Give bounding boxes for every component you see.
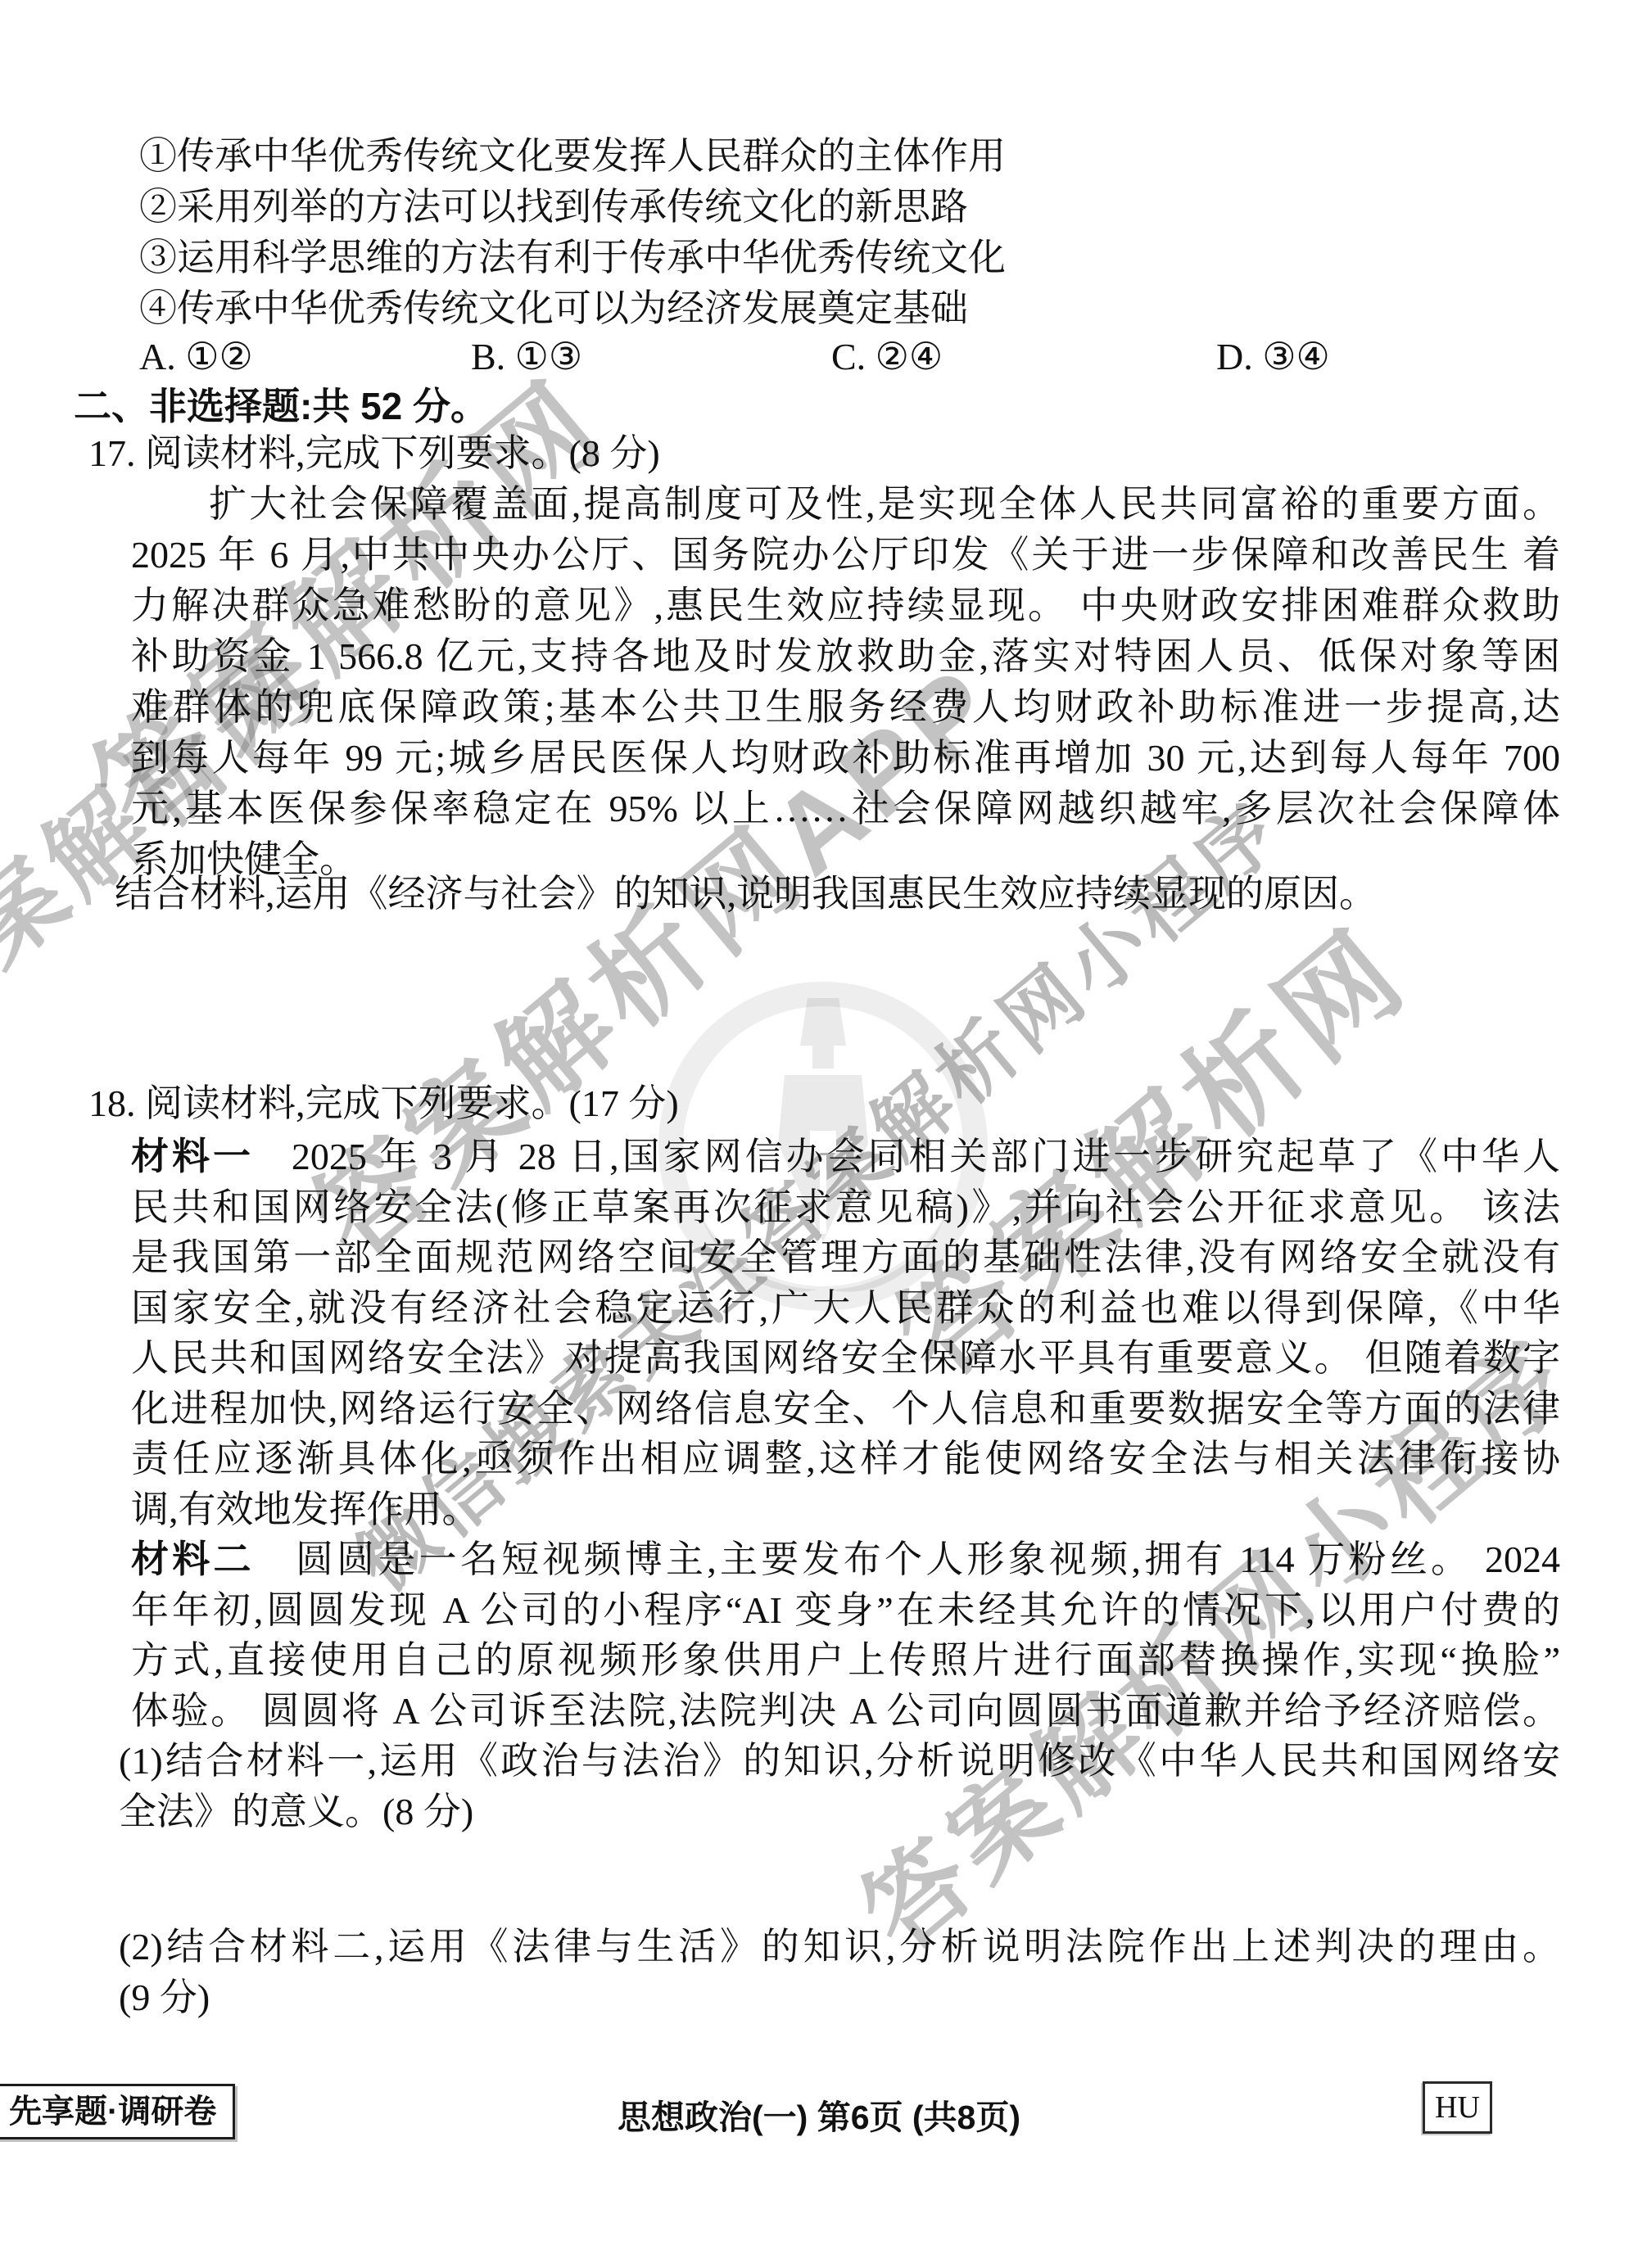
q17-para-line: 2025 年 6 月,中共中央办公厅、国务院办公厅印发《关于进一步保障和改善民生…: [131, 530, 1560, 581]
q17-para-line: 力解决群众急难愁盼的意见》,惠民生效应持续显现。 中央财政安排困难群众救助: [131, 581, 1560, 631]
q18-header: 18. 阅读材料,完成下列要求。(17 分): [88, 1078, 679, 1129]
q17-para-line: 元,基本医保参保率稳定在 95% 以上……社会保障网越织越牢,多层次社会保障体: [131, 784, 1560, 834]
choice-b: B. ①③: [471, 337, 582, 377]
q17-question: 结合材料,运用《经济与社会》的知识,说明我国惠民生效应持续显现的原因。: [115, 869, 1377, 919]
material-1-label: 材料一: [131, 1135, 254, 1177]
mcq-option-2: ②采用列举的方法可以找到传承传统文化的新思路: [139, 182, 1006, 233]
material-1-line: 人民共和国网络安全法》对提高我国网络安全保障水平具有重要意义。 但随着数字: [131, 1333, 1560, 1384]
material-1-first-line: 材料一2025 年 3 月 28 日,国家网信办会同相关部门进一步研究起草了《中…: [131, 1132, 1560, 1182]
q17-para-line: 到每人每年 99 元;城乡居民医保人均财政补助标准再增加 30 元,达到每人每年…: [131, 733, 1560, 784]
q18-body: 材料一2025 年 3 月 28 日,国家网信办会同相关部门进一步研究起草了《中…: [131, 1132, 1560, 1837]
section-2-title: 二、非选择题:共 52 分。: [74, 381, 488, 431]
q17-para-line: 补助资金 1 566.8 亿元,支持各地及时发放救助金,落实对特困人员、低保对象…: [131, 631, 1560, 682]
q17-para-line: 扩大社会保障覆盖面,提高制度可及性,是实现全体人民共同富裕的重要方面。: [131, 479, 1560, 530]
q18-sub2-line: (2)结合材料二,运用《法律与生活》的知识,分析说明法院作出上述判决的理由。: [119, 1922, 1560, 1972]
q17-material: 扩大社会保障覆盖面,提高制度可及性,是实现全体人民共同富裕的重要方面。 2025…: [131, 479, 1560, 885]
material-2-text: 圆圆是一名短视频博主,主要发布个人形象视频,拥有 114 万粉丝。 2024: [292, 1538, 1560, 1580]
material-1-line: 民共和国网络安全法(修正草案再次征求意见稿)》,并向社会公开征求意见。 该法: [131, 1182, 1560, 1233]
choice-d: D. ③④: [1216, 337, 1330, 377]
q17-para-line: 难群体的兜底保障政策;基本公共卫生服务经费人均财政补助标准进一步提高,达: [131, 682, 1560, 733]
material-1-text: 2025 年 3 月 28 日,国家网信办会同相关部门进一步研究起草了《中华人: [292, 1136, 1560, 1177]
material-2-label: 材料二: [131, 1538, 255, 1580]
mcq-options: ①传承中华优秀传统文化要发挥人民群众的主体作用 ②采用列举的方法可以找到传承传统…: [139, 131, 1006, 334]
mcq-option-4: ④传承中华优秀传统文化可以为经济发展奠定基础: [139, 283, 1006, 334]
q18-sub1-line: (1)结合材料一,运用《政治与法治》的知识,分析说明修改《中华人民共和国网络安: [119, 1736, 1560, 1787]
material-1-line: 国家安全,就没有经济社会稳定运行,广大人民群众的利益也难以得到保障,《中华: [131, 1283, 1560, 1334]
material-2-line: 体验。 圆圆将 A 公司诉至法院,法院判决 A 公司向圆圆书面道歉并给予经济赔偿…: [131, 1686, 1560, 1737]
material-1-line: 是我国第一部全面规范网络空间安全管理方面的基础性法律,没有网络安全就没有: [131, 1232, 1560, 1283]
q17-header: 17. 阅读材料,完成下列要求。(8 分): [88, 428, 660, 479]
footer-right-code: HU: [1423, 2081, 1492, 2134]
q18-sub2: (2)结合材料二,运用《法律与生活》的知识,分析说明法院作出上述判决的理由。 (…: [119, 1922, 1560, 2022]
material-1-line: 调,有效地发挥作用。: [131, 1484, 1560, 1535]
material-1-line: 责任应逐渐具体化,亟须作出相应调整,这样才能使网络安全法与相关法律衔接协: [131, 1434, 1560, 1484]
q18-sub2-line: (9 分): [119, 1972, 1560, 2023]
footer-page-number: 思想政治(一) 第6页 (共8页): [618, 2090, 1020, 2139]
material-2-first-line: 材料二圆圆是一名短视频博主,主要发布个人形象视频,拥有 114 万粉丝。 202…: [131, 1534, 1560, 1585]
material-1-line: 化进程加快,网络运行安全、网络信息安全、个人信息和重要数据安全等方面的法律: [131, 1384, 1560, 1434]
footer-left-badge: 先享题·调研卷: [0, 2084, 235, 2139]
q18-sub1-line: 全法》的意义。(8 分): [119, 1787, 1560, 1837]
material-2-line: 方式,直接使用自己的原视频形象供用户上传照片进行面部替换操作,实现“换脸”: [131, 1635, 1560, 1686]
choice-c: C. ②④: [831, 337, 943, 377]
choice-a: A. ①②: [139, 337, 253, 377]
exam-paper-page: 答案解析网 答案解析网 答案解析网APP 答案解析网 微信搜索关注答案解析网小程…: [0, 0, 1638, 2268]
mcq-option-1: ①传承中华优秀传统文化要发挥人民群众的主体作用: [139, 131, 1006, 182]
material-2-line: 年年初,圆圆发现 A 公司的小程序“AI 变身”在未经其允许的情况下,以用户付费…: [131, 1585, 1560, 1636]
mcq-option-3: ③运用科学思维的方法有利于传承中华优秀传统文化: [139, 233, 1006, 283]
